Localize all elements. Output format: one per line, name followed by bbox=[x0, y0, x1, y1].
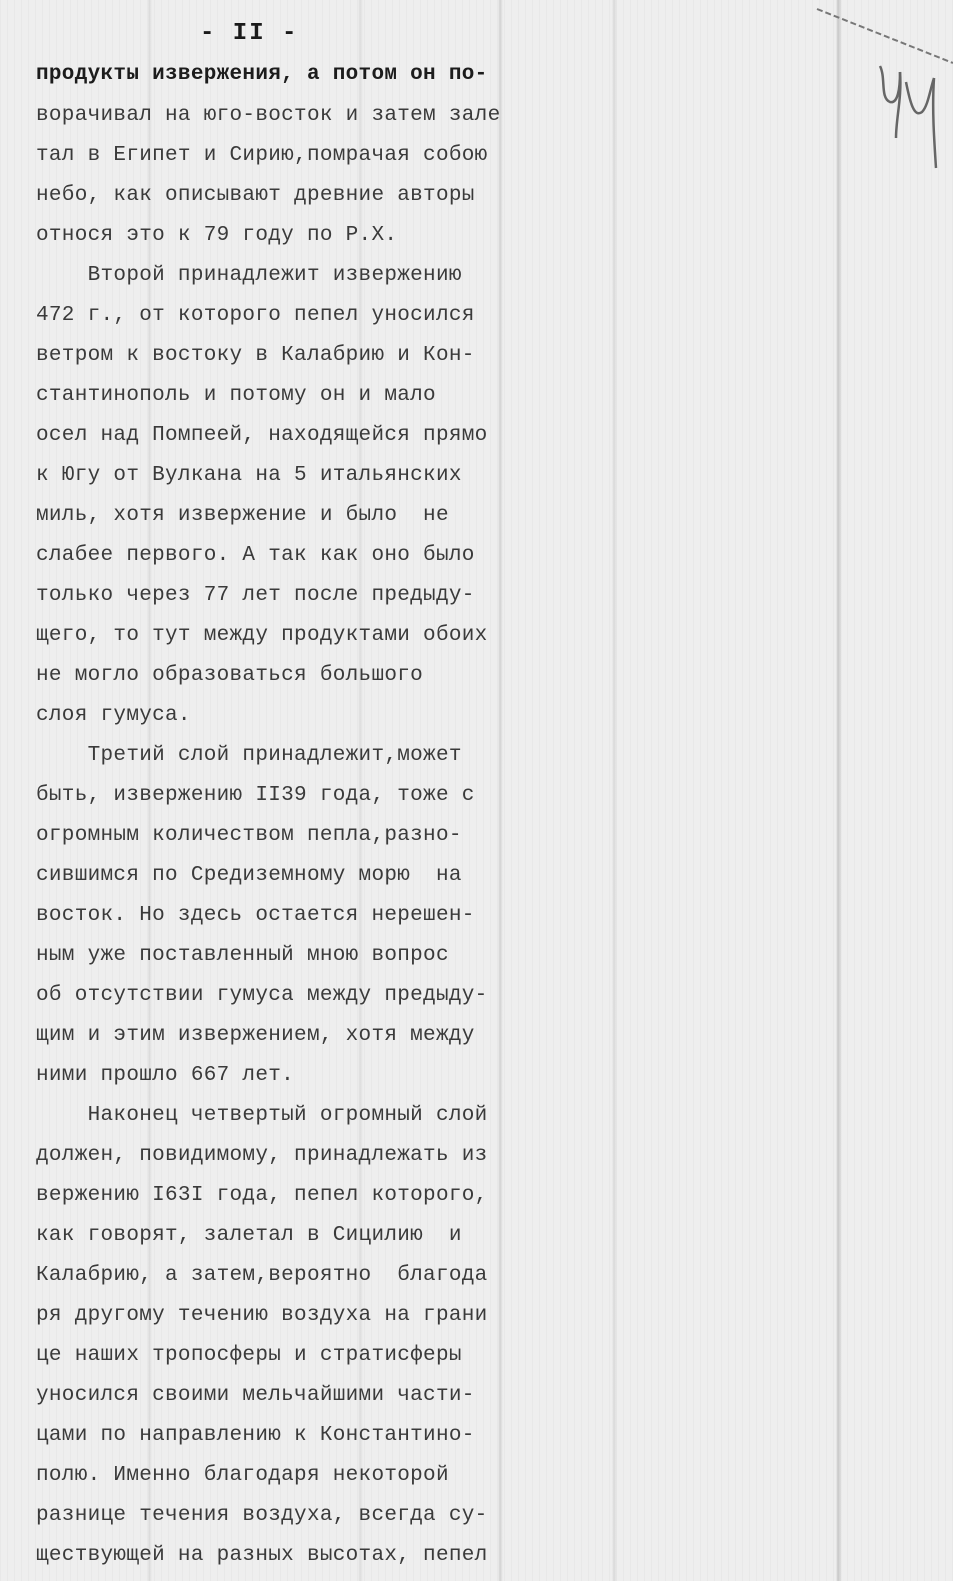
text-line: небо, как описывают древние авторы bbox=[36, 183, 475, 209]
text-line: ществующей на разных высотах, пепел bbox=[36, 1543, 488, 1569]
text-line: слоя гумуса. bbox=[36, 703, 191, 729]
text-line: Наконец четвертый огромный слой bbox=[36, 1103, 488, 1129]
text-line: продукты извержения, а потом он по- bbox=[36, 62, 488, 88]
text-line: полю. Именно благодаря некоторой bbox=[36, 1463, 449, 1489]
text-line: восток. Но здесь остается нерешен- bbox=[36, 903, 475, 929]
text-line: щего, то тут между продуктами обоих bbox=[36, 623, 488, 649]
text-line: разнице течения воздуха, всегда су- bbox=[36, 1503, 488, 1529]
text-line: ними прошло 667 лет. bbox=[36, 1063, 294, 1089]
text-line: к Югу от Вулкана на 5 итальянских bbox=[36, 463, 462, 489]
page-crease-mark bbox=[815, 5, 953, 65]
text-line: щим и этим извержением, хотя между bbox=[36, 1023, 475, 1049]
text-line: це наших тропосферы и стратисферы bbox=[36, 1343, 462, 1369]
text-line: ворачивал на юго-восток и затем зале bbox=[36, 103, 500, 129]
page-number: - II - bbox=[200, 20, 298, 47]
text-line: ря другому течению воздуха на грани bbox=[36, 1303, 488, 1329]
text-line: цами по направлению к Константино- bbox=[36, 1423, 475, 1449]
text-line: миль, хотя извержение и было не bbox=[36, 503, 449, 529]
text-line: Третий слой принадлежит,может bbox=[36, 743, 462, 769]
text-line: сившимся по Средиземному морю на bbox=[36, 863, 462, 889]
text-line: об отсутствии гумуса между предыду- bbox=[36, 983, 488, 1009]
text-line: огромным количеством пепла,разно- bbox=[36, 823, 462, 849]
text-line: как говорят, залетал в Сицилию и bbox=[36, 1223, 462, 1249]
text-line: ветром к востоку в Калабрию и Кон- bbox=[36, 343, 475, 369]
text-line: не могло образоваться большого bbox=[36, 663, 423, 689]
text-line: ным уже поставленный мною вопрос bbox=[36, 943, 449, 969]
text-line: Калабрию, а затем,вероятно благода bbox=[36, 1263, 488, 1289]
text-line: быть, извержению II39 года, тоже с bbox=[36, 783, 475, 809]
text-line: должен, повидимому, принадлежать из bbox=[36, 1143, 488, 1169]
text-line: только через 77 лет после предыду- bbox=[36, 583, 475, 609]
handwritten-folio-number: 44 bbox=[876, 58, 946, 178]
text-line: осел над Помпеей, находящейся прямо bbox=[36, 423, 488, 449]
scanned-page: - II - 44 продукты извержения, а потом о… bbox=[0, 0, 953, 1581]
text-line: тал в Египет и Сирию,помрачая собою bbox=[36, 143, 488, 169]
text-line: стантинополь и потому он и мало bbox=[36, 383, 436, 409]
text-line: 472 г., от которого пепел уносился bbox=[36, 303, 475, 329]
text-line: Второй принадлежит извержению bbox=[36, 263, 462, 289]
text-line: слабее первого. А так как оно было bbox=[36, 543, 475, 569]
text-line: относя это к 79 году по Р.Х. bbox=[36, 223, 397, 249]
text-line: вержению I63I года, пепел которого, bbox=[36, 1183, 488, 1209]
text-line: уносился своими мельчайшими части- bbox=[36, 1383, 475, 1409]
